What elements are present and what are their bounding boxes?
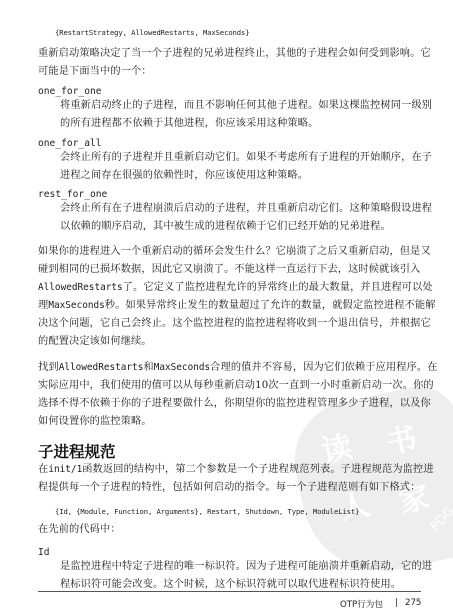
inline-code-maxseconds: MaxSeconds: [154, 362, 210, 373]
definition-line: 是监控进程中特定子进程的唯一标识符。因为子进程可能崩溃并重新启动，它的进: [60, 558, 432, 576]
section-heading: 子进程规范: [38, 440, 116, 462]
paragraph-line: 如果你的进程进入一个重新启动的循环会发生什么？它崩溃了之后又重新启动，但是又: [38, 243, 431, 261]
text-run: 了。它定义了监控进程允许的异常终止的最大数量，并且进程可以处: [123, 282, 433, 293]
term-one-for-all: one_for_all: [38, 138, 102, 149]
paragraph-line: 可能是下面当中的一个：: [38, 63, 152, 81]
text-run: 和: [143, 362, 153, 373]
paragraph-line: AllowedRestarts了。它定义了监控进程允许的异常终止的最大数量，并且…: [38, 279, 433, 297]
paragraph-line: 如何设置你的监控策略。: [38, 413, 152, 431]
footer-chapter-title: OTP行为包: [340, 598, 383, 610]
inline-code-allowedrestarts: AllowedRestarts: [38, 282, 123, 293]
paragraph-line: 碰到相同的已损坏数据，因此它又崩溃了。不能这样一直运行下去，这时候就该引入: [38, 261, 420, 279]
definition-line: 会终止所有在子进程崩溃后启动的子进程，并且重新启动它们。这种策略假设进程: [60, 200, 432, 218]
definition-line: 的所有进程都不依赖于其他进程，你应该采用这种策略。: [60, 115, 318, 133]
definition-line: 将重新启动终止的子进程，而且不影响任何其他子进程。如果这棵监控树同一级别: [60, 97, 432, 115]
term-id: Id: [38, 547, 50, 558]
page-number: 275: [405, 598, 421, 608]
code-restart-tuple: {RestartStrategy, AllowedRestarts, MaxSe…: [55, 28, 249, 37]
footer-divider: [38, 591, 421, 592]
term-rest-for-one: rest_for_one: [38, 189, 107, 200]
inline-code-maxseconds: MaxSeconds: [48, 300, 104, 311]
text-run: 在: [38, 464, 48, 475]
text-run: 合理的值并不容易，因为它们依赖于应用程序。在: [210, 362, 437, 373]
code-child-spec: {Id, {Module, Function, Arguments}, Rest…: [55, 507, 359, 516]
paragraph-line: 实际应用中，我们使用的值可以从每秒重新启动10次一直到一小时重新启动一次。你的: [38, 377, 434, 395]
paragraph-line: 程提供每一个子进程的特性，包括如何启动的指令。每一个子进程范则有如下格式：: [38, 479, 420, 497]
paragraph-line: 理MaxSeconds秒。如果异常终止发生的数量超过了允许的数量，就假定监控进程…: [38, 297, 436, 315]
definition-line: 会终止所有的子进程并且重新启动它们。如果不考虑所有子进程的开始顺序，在子: [60, 149, 432, 167]
inline-code-allowedrestarts: AllowedRestarts: [59, 362, 144, 373]
definition-line: 以依赖的顺序启动，其中被生成的进程依赖于它们已经开始的兄弟进程。: [60, 218, 391, 236]
text-run: 找到: [38, 362, 59, 373]
paragraph-line: 在init/1函数返回的结构中，第二个参数是一个子进程规范列表。子进程规范为监控…: [38, 461, 434, 479]
inline-code-init: init/1: [48, 464, 82, 475]
book-page: 读 书 人 家 PDG {RestartStrategy, AllowedRes…: [0, 0, 453, 612]
footer-separator: |: [395, 598, 398, 608]
text-run: 函数返回的结构中，第二个参数是一个子进程规范列表。子进程规范为监控进: [82, 464, 433, 475]
text-run: 秒。如果异常终止发生的数量超过了允许的数量，就假定监控进程不能解: [105, 300, 436, 311]
paragraph-line: 决这个问题，它自己会终止。这个监控进程的监控进程将收到一个退出信号，并根据它: [38, 315, 431, 333]
watermark-label: PDG: [428, 504, 453, 535]
watermark-glyph: 书: [382, 413, 420, 462]
paragraph-line: 的配置决定该如何继续。: [38, 333, 152, 351]
text-run: 理: [38, 300, 48, 311]
paragraph-line: 找到AllowedRestarts和MaxSeconds合理的值并不容易，因为它…: [38, 359, 438, 377]
paragraph-line: 重新启动策略决定了当一个子进程的兄弟进程终止，其他的子进程会如何受到影响。它: [38, 45, 431, 63]
paragraph-line: 选择不得不依赖于你的子进程要做什么，你期望你的监控进程管理多少子进程，以及你: [38, 395, 431, 413]
paragraph-line: 在先前的代码中：: [38, 521, 121, 539]
term-one-for-one: one_for_one: [38, 86, 102, 97]
definition-line: 进程之间存在很强的依赖性时，你应该使用这种策略。: [60, 167, 308, 185]
